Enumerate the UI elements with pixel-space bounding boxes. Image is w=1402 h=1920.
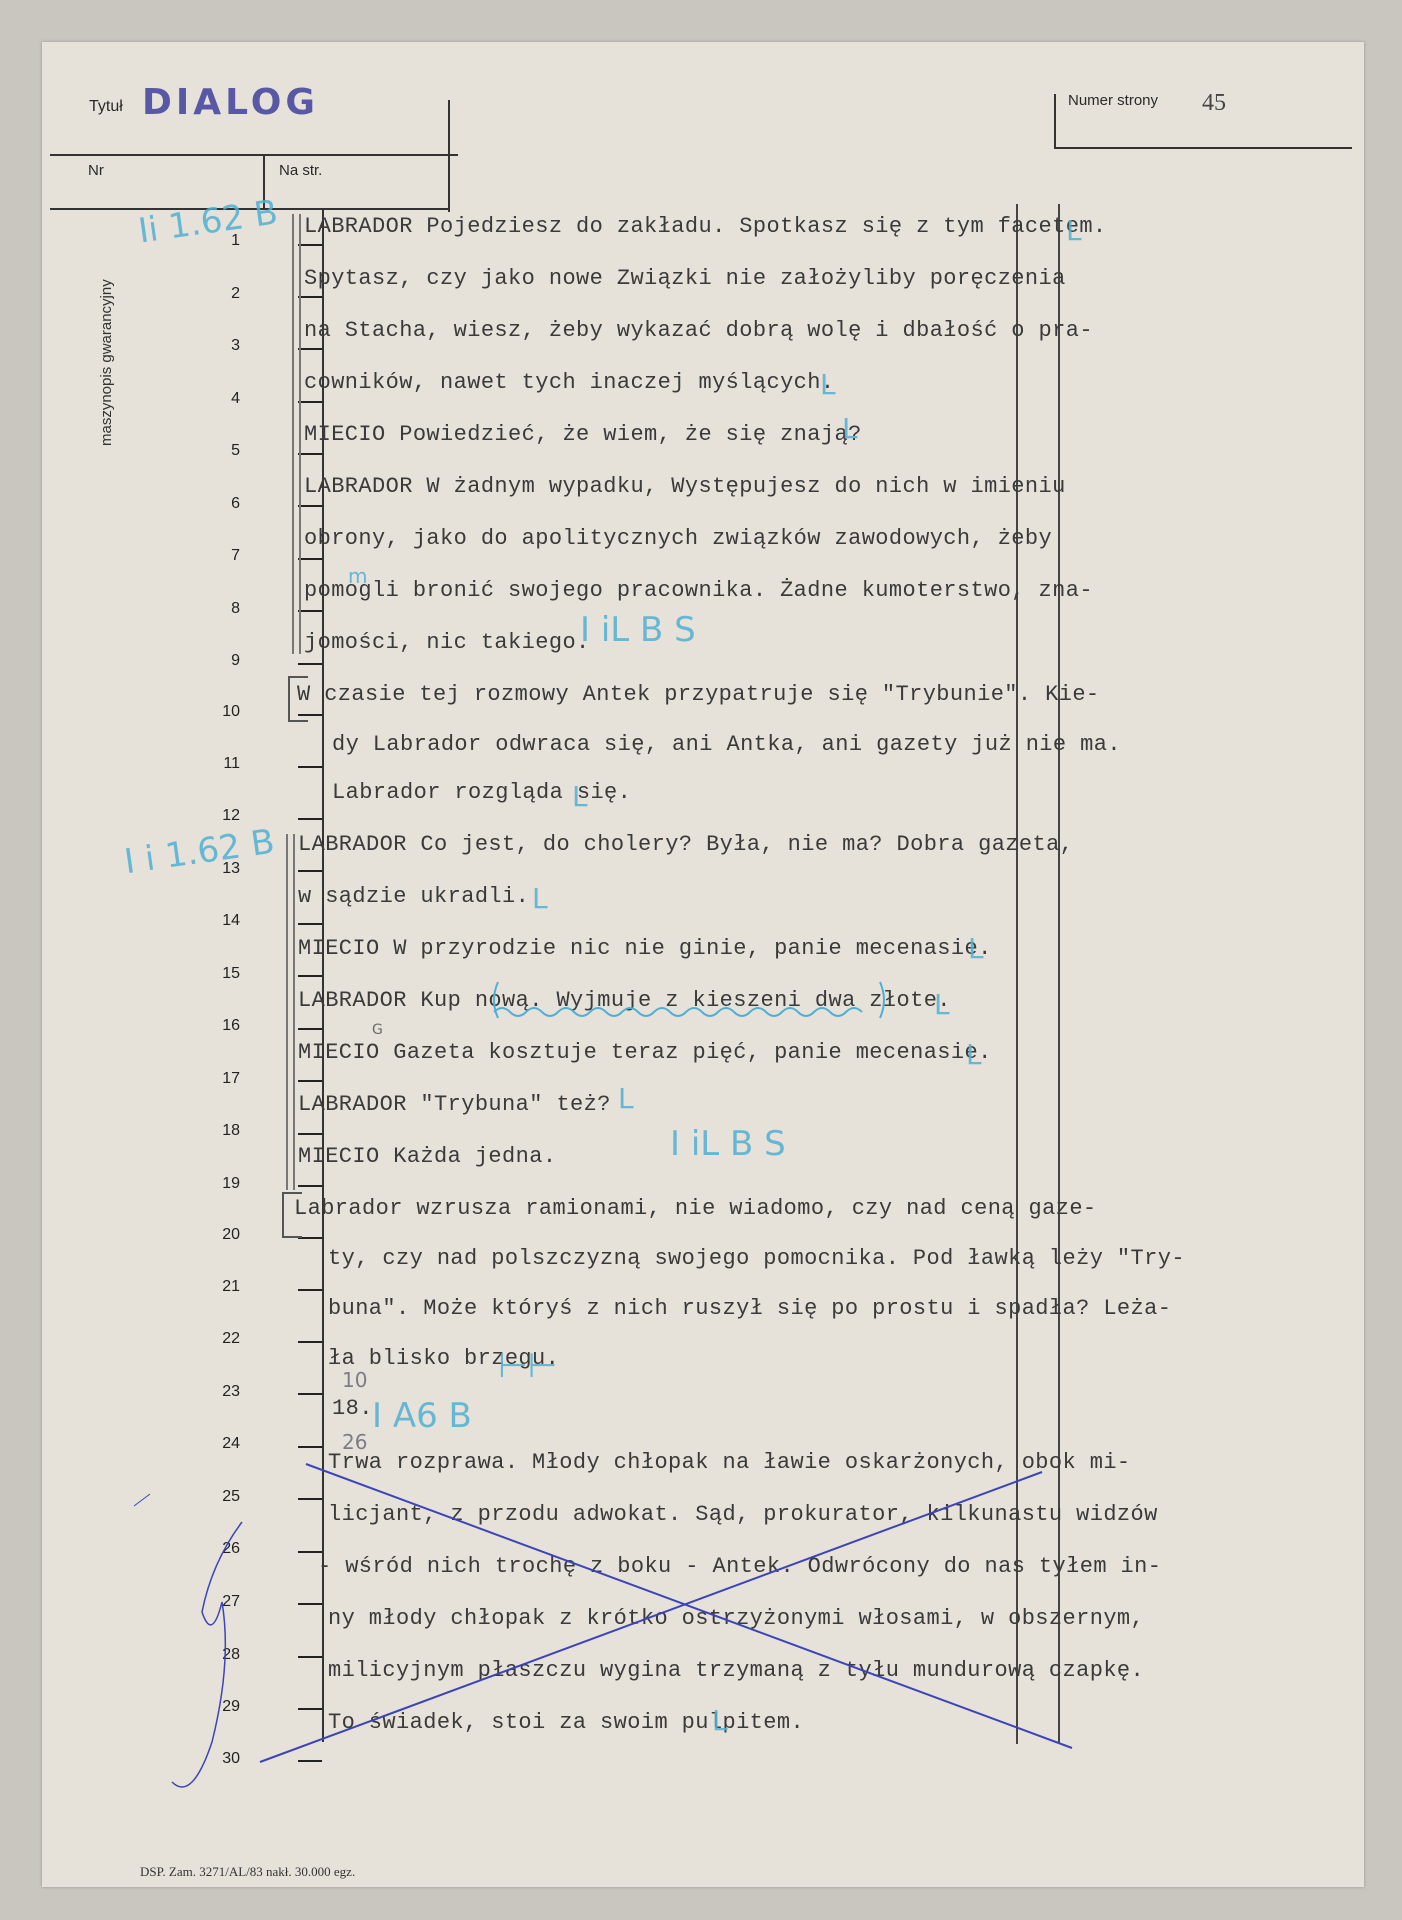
print-footer: DSP. Zam. 3271/AL/83 nakł. 30.000 egz. <box>140 1864 355 1880</box>
pen-markings <box>42 42 1364 1887</box>
cross-out-line-icon <box>260 1472 1042 1762</box>
margin-curve-icon <box>172 1522 242 1787</box>
wavy-underline-icon <box>494 1008 862 1016</box>
close-paren-icon <box>880 982 884 1018</box>
document-sheet: Tytuł DIALOG Nr Na str. Numer strony 45 … <box>42 42 1364 1887</box>
cross-out-line-icon <box>306 1464 1072 1748</box>
